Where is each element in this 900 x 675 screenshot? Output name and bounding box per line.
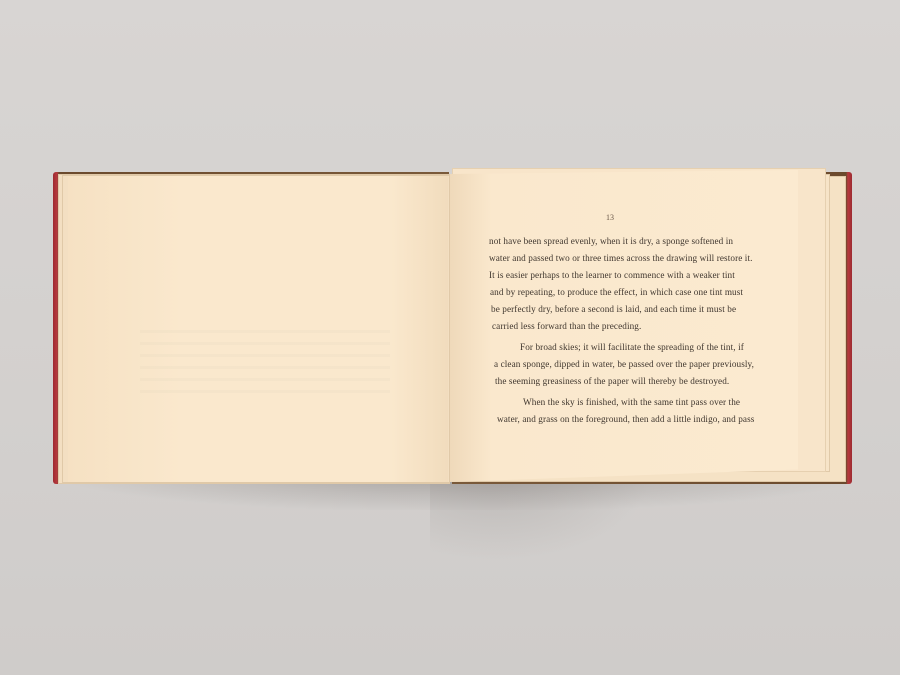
- text-line: a clean sponge, dipped in water, be pass…: [494, 359, 754, 369]
- photo-scene: 13 not have been spread evenly, when it …: [0, 0, 900, 675]
- text-line: carried less forward than the preceding.: [492, 321, 641, 331]
- text-line: For broad skies; it will facilitate the …: [520, 342, 744, 352]
- text-line: not have been spread evenly, when it is …: [489, 236, 733, 246]
- text-line: and by repeating, to produce the effect,…: [490, 287, 743, 297]
- text-line: water and passed two or three times acro…: [489, 253, 753, 263]
- page-number: 13: [600, 213, 620, 222]
- text-line: the seeming greasiness of the paper will…: [495, 376, 729, 386]
- spine-shadow: [430, 480, 650, 560]
- show-through-text: [140, 330, 390, 400]
- text-line: When the sky is finished, with the same …: [523, 397, 740, 407]
- text-line: water, and grass on the foreground, then…: [497, 414, 754, 424]
- left-page: [68, 176, 448, 482]
- text-line: be perfectly dry, before a second is lai…: [491, 304, 736, 314]
- text-line: It is easier perhaps to the learner to c…: [489, 270, 735, 280]
